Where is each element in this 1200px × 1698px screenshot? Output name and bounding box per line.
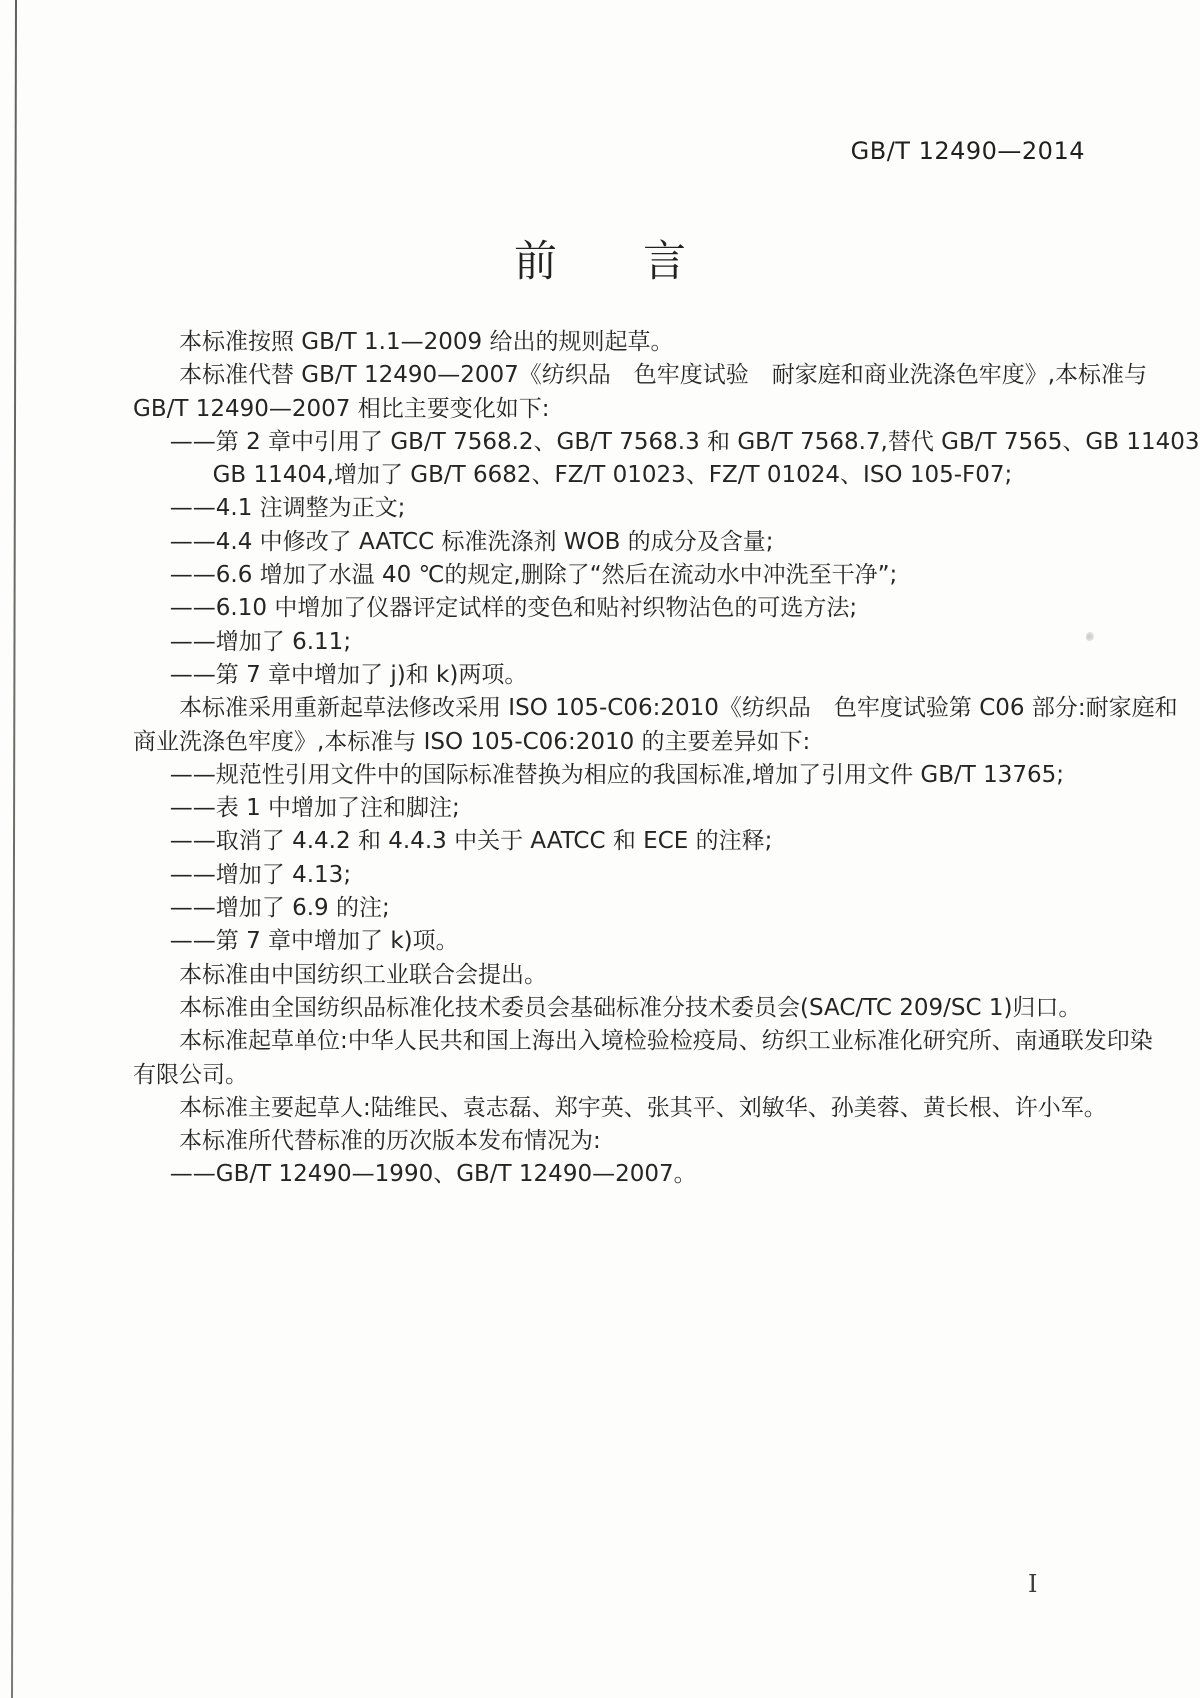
foreword-line: 本标准主要起草人:陆维民、袁志磊、郑宇英、张其平、刘敏华、孙美蓉、黄长根、许小军… — [133, 1092, 1088, 1125]
standard-code: GB/T 12490—2014 — [851, 137, 1085, 165]
foreword-body: 本标准按照 GB/T 1.1—2009 给出的规则起草。本标准代替 GB/T 1… — [133, 326, 1088, 1192]
foreword-line: ——增加了 4.13; — [133, 859, 1088, 892]
foreword-line: 商业洗涤色牢度》,本标准与 ISO 105-C06:2010 的主要差异如下: — [133, 726, 1088, 759]
foreword-line: GB 11404,增加了 GB/T 6682、FZ/T 01023、FZ/T 0… — [133, 459, 1088, 492]
foreword-line: ——第 7 章中增加了 k)项。 — [133, 925, 1088, 958]
foreword-line: ——表 1 中增加了注和脚注; — [133, 792, 1088, 825]
foreword-line: 本标准由中国纺织工业联合会提出。 — [133, 959, 1088, 992]
foreword-line: GB/T 12490—2007 相比主要变化如下: — [133, 393, 1088, 426]
foreword-line: 本标准起草单位:中华人民共和国上海出入境检验检疫局、纺织工业标准化研究所、南通联… — [133, 1025, 1088, 1058]
foreword-line: ——规范性引用文件中的国际标准替换为相应的我国标准,增加了引用文件 GB/T 1… — [133, 759, 1088, 792]
page-title: 前 言 — [0, 228, 1200, 289]
foreword-line: 本标准采用重新起草法修改采用 ISO 105-C06:2010《纺织品 色牢度试… — [133, 692, 1088, 725]
foreword-line: ——增加了 6.9 的注; — [133, 892, 1088, 925]
foreword-line: 有限公司。 — [133, 1059, 1088, 1092]
foreword-line: ——取消了 4.4.2 和 4.4.3 中关于 AATCC 和 ECE 的注释; — [133, 825, 1088, 858]
page-number: I — [1028, 1570, 1037, 1598]
foreword-line: ——GB/T 12490—1990、GB/T 12490—2007。 — [133, 1158, 1088, 1191]
foreword-line: ——4.1 注调整为正文; — [133, 492, 1088, 525]
foreword-line: 本标准由全国纺织品标准化技术委员会基础标准分技术委员会(SAC/TC 209/S… — [133, 992, 1088, 1025]
foreword-line: 本标准按照 GB/T 1.1—2009 给出的规则起草。 — [133, 326, 1088, 359]
foreword-line: 本标准所代替标准的历次版本发布情况为: — [133, 1125, 1088, 1158]
foreword-line: 本标准代替 GB/T 12490—2007《纺织品 色牢度试验 耐家庭和商业洗涤… — [133, 359, 1088, 392]
document-page: GB/T 12490—2014 前 言 本标准按照 GB/T 1.1—2009 … — [0, 0, 1200, 1698]
foreword-line: ——6.10 中增加了仪器评定试样的变色和贴衬织物沾色的可选方法; — [133, 592, 1088, 625]
foreword-line: ——第 2 章中引用了 GB/T 7568.2、GB/T 7568.3 和 GB… — [133, 426, 1088, 459]
foreword-line: ——4.4 中修改了 AATCC 标准洗涤剂 WOB 的成分及含量; — [133, 526, 1088, 559]
foreword-line: ——增加了 6.11; — [133, 626, 1088, 659]
foreword-line: ——6.6 增加了水温 40 ℃的规定,删除了“然后在流动水中冲洗至干净”; — [133, 559, 1088, 592]
foreword-line: ——第 7 章中增加了 j)和 k)两项。 — [133, 659, 1088, 692]
